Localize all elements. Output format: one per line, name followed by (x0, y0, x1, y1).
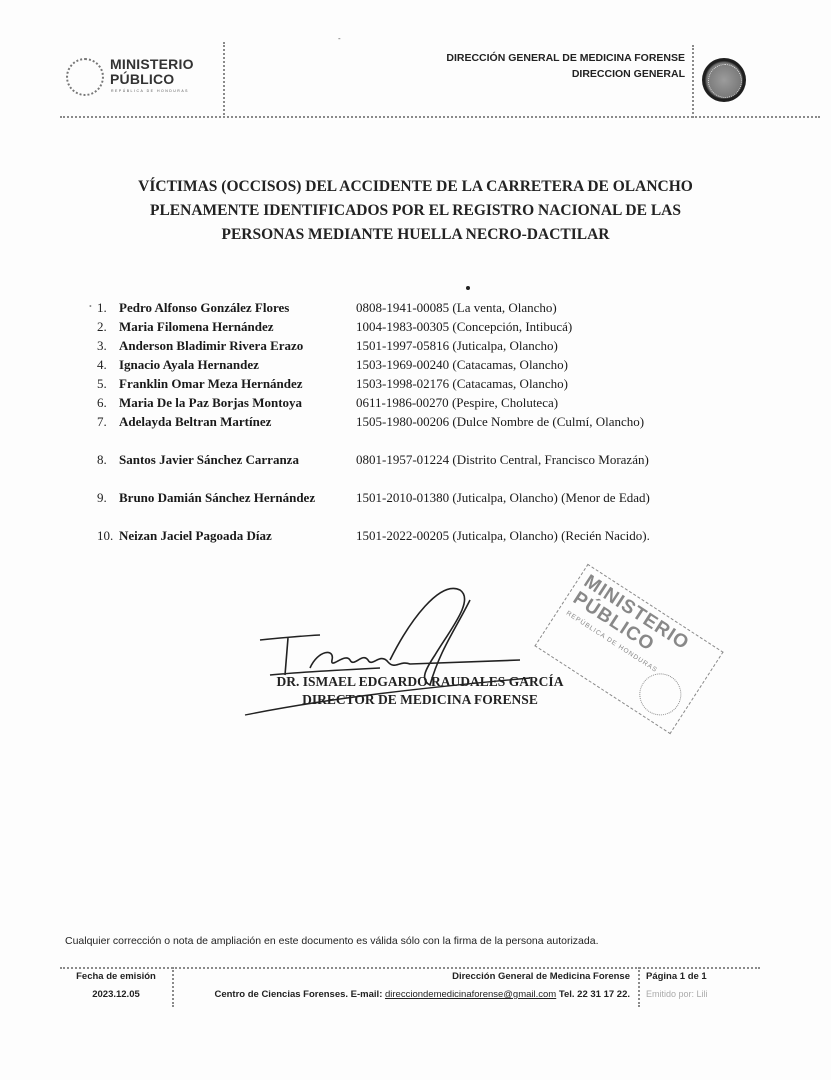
footer-directorate: Dirección General de Medicina Forense (452, 971, 630, 982)
issue-date-label: Fecha de emisión (60, 971, 172, 982)
victim-name: Maria De la Paz Borjas Montoya (119, 393, 302, 412)
victim-origin: (Catacamas, Olancho) (452, 376, 568, 391)
item-number: 7. (97, 412, 119, 431)
logo-subtitle: REPÚBLICA DE HONDURAS (111, 89, 189, 93)
victim-id-details: 1503-1998-02176 (Catacamas, Olancho) (356, 374, 686, 393)
victim-origin: (Catacamas, Olancho) (452, 357, 568, 372)
victim-name: Franklin Omar Meza Hernández (119, 374, 303, 393)
victim-name: Maria Filomena Hernández (119, 317, 274, 336)
victim-id-details: 1501-2010-01380 (Juticalpa, Olancho) (Me… (356, 488, 686, 507)
item-number: 3. (97, 336, 119, 355)
item-number: 5. (97, 374, 119, 393)
victim-id-details: 0611-1986-00270 (Pespire, Choluteca) (356, 393, 686, 412)
victim-name: Pedro Alfonso González Flores (119, 298, 289, 317)
victim-id: 1503-1998-02176 (356, 376, 449, 391)
victim-origin: (Concepción, Intibucá) (452, 319, 572, 334)
document-title: VÍCTIMAS (OCCISOS) DEL ACCIDENTE DE LA C… (90, 175, 741, 247)
division-name: DIRECCION GENERAL (446, 66, 685, 82)
ink-dot (466, 286, 470, 290)
victim-origin: (Pespire, Choluteca) (452, 395, 558, 410)
victim-origin: (La venta, Olancho) (452, 300, 556, 315)
footer-rule (60, 967, 760, 969)
header-department: DIRECCIÓN GENERAL DE MEDICINA FORENSE DI… (446, 50, 685, 82)
item-number: 8. (97, 450, 119, 469)
victim-name: Ignacio Ayala Hernandez (119, 355, 259, 374)
header-rule (60, 116, 820, 118)
logo-wreath-icon (66, 58, 104, 96)
victim-id: 0801-1957-01224 (356, 452, 449, 467)
victim-name: Neizan Jaciel Pagoada Díaz (119, 526, 272, 545)
logo-line1: MINISTERIO (110, 57, 194, 72)
victim-origin: (Dulce Nombre de (Culmí, Olancho) (452, 414, 644, 429)
footer-contact: Centro de Ciencias Forenses. E-mail: dir… (214, 989, 630, 1000)
victim-id-details: 1004-1983-00305 (Concepción, Intibucá) (356, 317, 686, 336)
forensic-seal-icon (702, 58, 746, 102)
victim-id: 1501-2010-01380 (356, 490, 449, 505)
stamp-seal-icon (631, 665, 689, 723)
item-number: 1. (97, 298, 119, 317)
page-number: Página 1 de 1 (646, 971, 707, 982)
logo-line2: PÚBLICO (110, 72, 194, 87)
header-divider (692, 45, 694, 118)
validity-note: Cualquier corrección o nota de ampliació… (65, 935, 598, 947)
victim-id-details: 1505-1980-00206 (Dulce Nombre de (Culmí,… (356, 412, 686, 431)
email-link[interactable]: direcciondemedicinaforense@gmail.com (385, 989, 556, 1000)
item-number: 4. (97, 355, 119, 374)
department-name: DIRECCIÓN GENERAL DE MEDICINA FORENSE (446, 50, 685, 66)
victim-id: 1503-1969-00240 (356, 357, 449, 372)
emitted-by: Emitido por: Lili (646, 989, 708, 999)
footer-divider (172, 967, 174, 1007)
victim-id-details: 1503-1969-00240 (Catacamas, Olancho) (356, 355, 686, 374)
item-number: 6. (97, 393, 119, 412)
victim-id-details: 0808-1941-00085 (La venta, Olancho) (356, 298, 686, 317)
victim-id: 0808-1941-00085 (356, 300, 449, 315)
victim-id: 1004-1983-00305 (356, 319, 449, 334)
victim-name: Santos Javier Sánchez Carranza (119, 450, 299, 469)
signer-block: DR. ISMAEL EDGARDO RAUDALES GARCÍA DIREC… (250, 673, 590, 709)
footer-divider (638, 967, 640, 1007)
issue-date: 2023.12.05 (60, 989, 172, 1000)
victim-id: 0611-1986-00270 (356, 395, 449, 410)
document-page: MINISTERIO PÚBLICO REPÚBLICA DE HONDURAS… (0, 0, 831, 1080)
victim-id: 1501-2022-00205 (356, 528, 449, 543)
victim-name: Bruno Damián Sánchez Hernández (119, 488, 315, 507)
victim-origin: (Juticalpa, Olancho) (452, 338, 557, 353)
victim-name: Anderson Bladimir Rivera Erazo (119, 336, 303, 355)
item-number: 10. (97, 526, 119, 545)
item-number: 2. (97, 317, 119, 336)
signer-role: DIRECTOR DE MEDICINA FORENSE (250, 691, 590, 709)
victim-origin: (Juticalpa, Olancho) (Recién Nacido). (452, 528, 649, 543)
scan-mark: - (338, 34, 341, 43)
header-divider (223, 42, 225, 118)
item-number: 9. (97, 488, 119, 507)
margin-mark: • (89, 302, 92, 311)
victim-id: 1505-1980-00206 (356, 414, 449, 429)
ministerio-publico-logo: MINISTERIO PÚBLICO REPÚBLICA DE HONDURAS (66, 55, 206, 100)
victim-id: 1501-1997-05816 (356, 338, 449, 353)
victim-id-details: 0801-1957-01224 (Distrito Central, Franc… (356, 450, 686, 469)
victim-id-details: 1501-1997-05816 (Juticalpa, Olancho) (356, 336, 686, 355)
signer-name: DR. ISMAEL EDGARDO RAUDALES GARCÍA (250, 673, 590, 691)
victim-id-details: 1501-2022-00205 (Juticalpa, Olancho) (Re… (356, 526, 686, 545)
victim-origin: (Distrito Central, Francisco Morazán) (452, 452, 648, 467)
victim-name: Adelayda Beltran Martínez (119, 412, 271, 431)
victim-origin: (Juticalpa, Olancho) (Menor de Edad) (452, 490, 649, 505)
